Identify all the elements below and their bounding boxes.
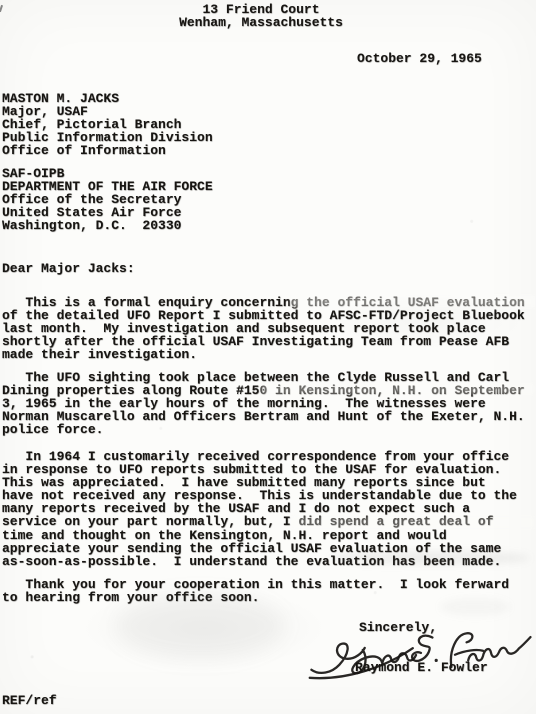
organization-block: SAF-OIPBDEPARTMENT OF THE AIR FORCEOffic… (2, 167, 213, 232)
text-line: as-soon-as-possible. I understand the ev… (2, 555, 517, 568)
recipient-block: MASTON M. JACKSMajor, USAFChief, Pictori… (2, 92, 213, 157)
text-line: police force. (2, 423, 525, 436)
scan-artifact-mark (0, 5, 3, 12)
text-line: service on your part normally, but, I di… (2, 515, 517, 528)
paragraph-3: In 1964 I customarily received correspon… (2, 450, 517, 568)
text-line: Office of Information (2, 144, 213, 157)
signature-typed-name: Raymond E. Fowler (355, 661, 488, 674)
date-line: October 29, 1965 (357, 52, 482, 65)
salutation: Dear Major Jacks: (2, 262, 135, 275)
text-line: made their investigation. (2, 348, 525, 361)
text-line: Wenham, Massachusetts (172, 16, 350, 29)
text-line: appreciate your sending the official USA… (2, 542, 517, 555)
text-line: time and thought on the Kensington, N.H.… (2, 529, 517, 542)
paragraph-4: Thank you for your cooperation in this m… (2, 578, 509, 604)
reference-initials: REF/ref (2, 694, 57, 707)
paragraph-1: This is a formal enquiry concerning the … (2, 296, 525, 361)
paragraph-2: The UFO sighting took place between the … (2, 371, 525, 436)
letter-page: 13 Friend CourtWenham, Massachusetts Oct… (0, 0, 536, 714)
text-line: to hearing from your office soon. (2, 591, 509, 604)
text-line: Washington, D.C. 20330 (2, 219, 213, 232)
return-address: 13 Friend CourtWenham, Massachusetts (172, 3, 350, 29)
